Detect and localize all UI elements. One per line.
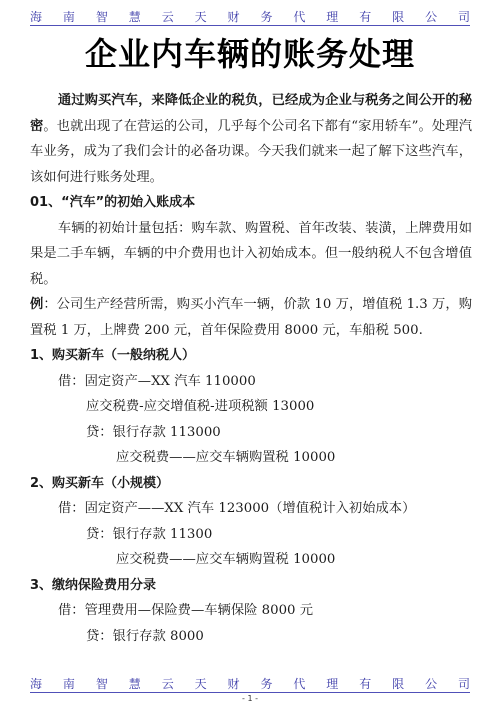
- journal-entry: 贷：银行存款 11300: [30, 522, 472, 548]
- header-char: 理: [326, 10, 338, 24]
- page-header-company: 海 南 智 慧 云 天 财 务 代 理 有 限 公 司: [30, 10, 470, 26]
- footer-char: 财: [228, 677, 240, 691]
- example-paragraph: 例：公司生产经营所需，购买小汽车一辆，价款 10 万，增值税 1.3 万，购置税…: [30, 292, 472, 343]
- footer-char: 司: [458, 677, 470, 691]
- header-char: 司: [458, 10, 470, 24]
- footer-char: 理: [326, 677, 338, 691]
- header-char: 慧: [129, 10, 141, 24]
- footer-char: 限: [392, 677, 404, 691]
- header-char: 代: [293, 10, 305, 24]
- journal-entry: 应交税费——应交车辆购置税 10000: [30, 445, 472, 471]
- footer-char: 公: [425, 677, 437, 691]
- header-char: 公: [425, 10, 437, 24]
- section-3-heading: 3、缴纳保险费用分录: [30, 573, 472, 599]
- footer-char: 海: [30, 677, 42, 691]
- section-01-body: 车辆的初始计量包括：购车款、购置税、首年改装、装潢，上牌费用如果是二手车辆，车辆…: [30, 216, 472, 293]
- header-char: 限: [392, 10, 404, 24]
- header-char: 财: [228, 10, 240, 24]
- document-title: 企业内车辆的账务处理: [0, 34, 500, 74]
- footer-char: 云: [162, 677, 174, 691]
- journal-entry: 贷：银行存款 113000: [30, 420, 472, 446]
- journal-entry: 应交税费——应交车辆购置税 10000: [30, 547, 472, 573]
- header-char: 有: [359, 10, 371, 24]
- section-01-heading: 01、“汽车”的初始入账成本: [30, 190, 472, 216]
- section-2-heading: 2、购买新车（小规模）: [30, 471, 472, 497]
- footer-char: 代: [293, 677, 305, 691]
- page-number: - 1 -: [0, 694, 500, 703]
- page-footer-company: 海 南 智 慧 云 天 财 务 代 理 有 限 公 司: [30, 677, 470, 693]
- journal-entry: 应交税费-应交增值税-进项税额 13000: [30, 394, 472, 420]
- intro-paragraph: 通过购买汽车，来降低企业的税负，已经成为企业与税务之间公开的秘密。也就出现了在营…: [30, 88, 472, 190]
- journal-entry: 借：固定资产——XX 汽车 123000（增值税计入初始成本）: [30, 496, 472, 522]
- header-char: 天: [195, 10, 207, 24]
- section-1-heading: 1、购买新车（一般纳税人）: [30, 343, 472, 369]
- header-char: 南: [63, 10, 75, 24]
- journal-entry: 借：管理费用—保险费—车辆保险 8000 元: [30, 598, 472, 624]
- example-text: ：公司生产经营所需，购买小汽车一辆，价款 10 万，增值税 1.3 万，购置税 …: [30, 297, 472, 338]
- footer-char: 慧: [129, 677, 141, 691]
- footer-char: 智: [96, 677, 108, 691]
- intro-text: 。也就出现了在营运的公司，几乎每个公司名下都有“家用轿车”。处理汽车业务，成为了…: [30, 119, 472, 185]
- footer-char: 务: [260, 677, 272, 691]
- document-body: 通过购买汽车，来降低企业的税负，已经成为企业与税务之间公开的秘密。也就出现了在营…: [30, 88, 472, 649]
- footer-char: 南: [63, 677, 75, 691]
- header-char: 云: [162, 10, 174, 24]
- footer-char: 天: [195, 677, 207, 691]
- journal-entry: 贷：银行存款 8000: [30, 624, 472, 650]
- header-char: 海: [30, 10, 42, 24]
- header-char: 务: [260, 10, 272, 24]
- header-char: 智: [96, 10, 108, 24]
- example-label: 例: [30, 297, 43, 312]
- footer-char: 有: [359, 677, 371, 691]
- journal-entry: 借：固定资产—XX 汽车 110000: [30, 369, 472, 395]
